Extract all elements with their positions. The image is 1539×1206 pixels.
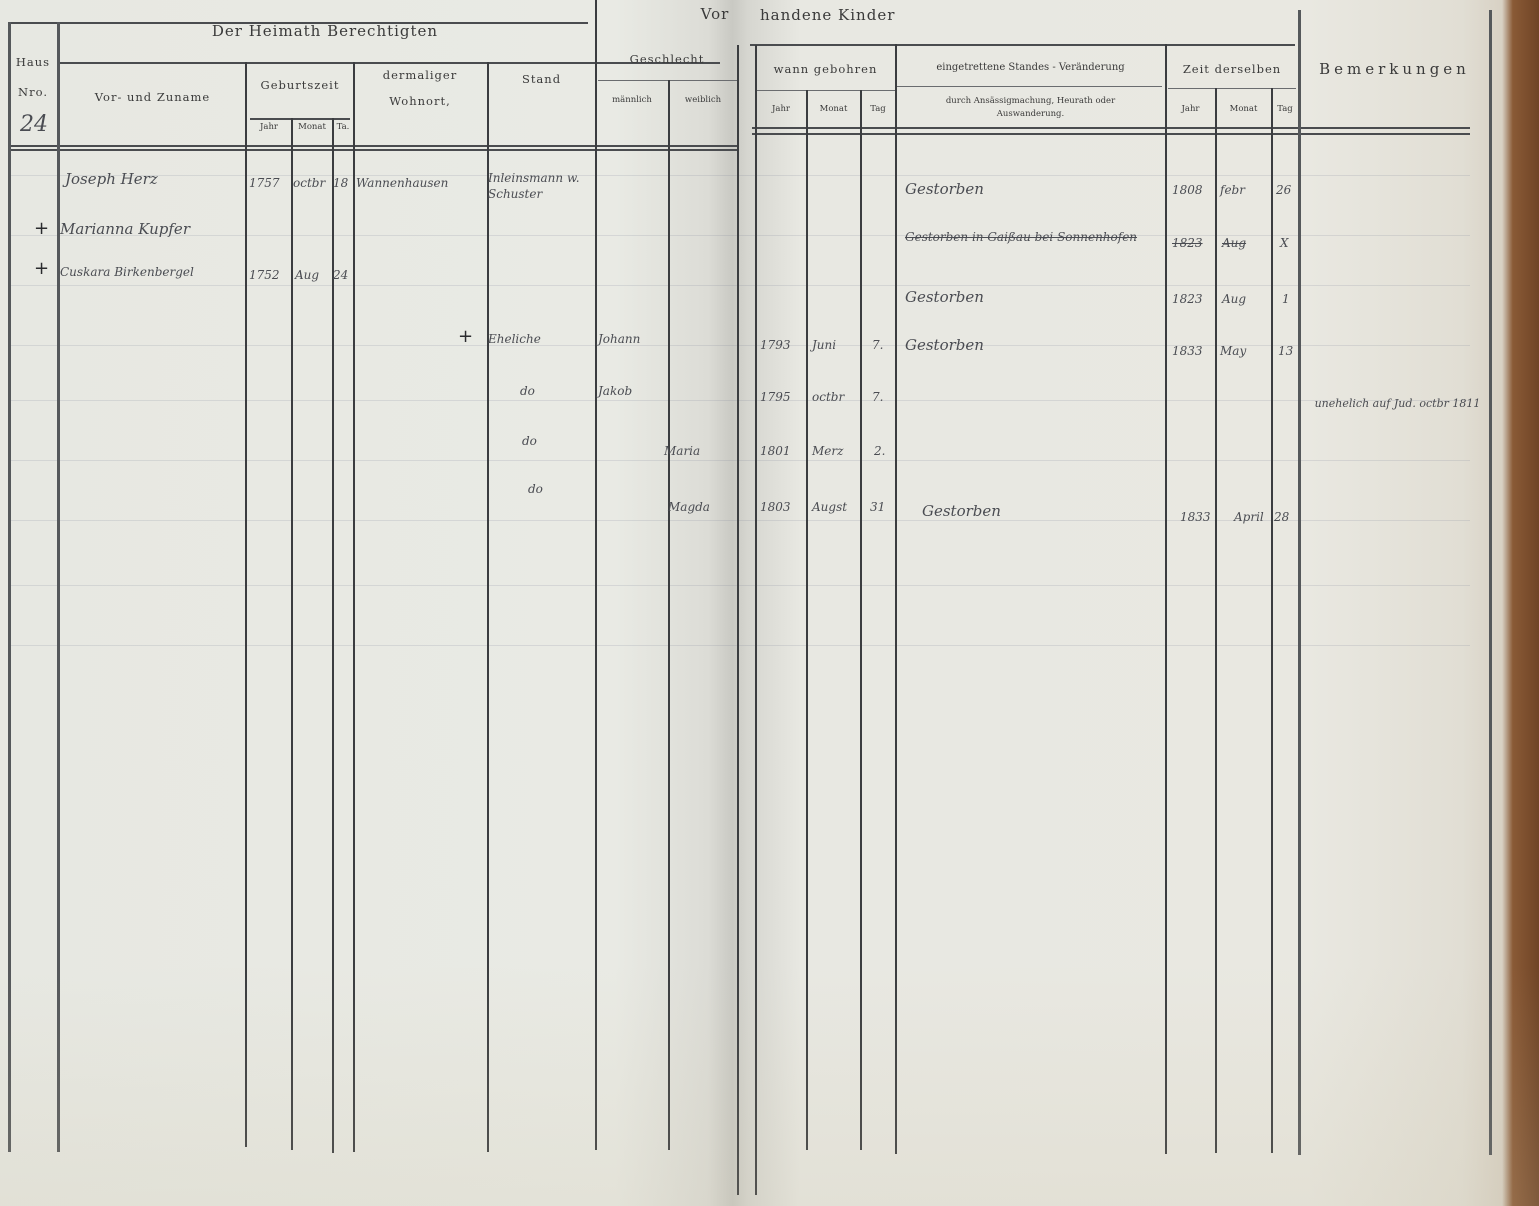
child-name-male: Jakob [598,384,632,398]
ruling-line [10,285,1470,286]
name-header: Vor- und Zuname [60,90,245,104]
child-birth-day: 2. [874,444,885,458]
column-line [755,45,757,1195]
ruling-line [10,175,1470,176]
page-title: Der Heimath Berechtigten [160,22,490,40]
child-event-year: 1833 [1172,344,1203,358]
status-header: Stand [489,72,594,86]
column-line [595,0,597,1150]
haus-label: Haus [10,55,56,69]
header-bottom-rule [8,145,738,147]
child-event: Gestorben [922,502,1001,520]
column-line [8,22,11,1152]
column-line [860,90,862,1150]
child-name-female: Maria [664,444,700,458]
parent-birth-day: 24 [333,268,348,282]
paper-shading [0,0,1539,1206]
event-month-header: Monat [1217,104,1270,114]
child-status: Eheliche [488,332,541,346]
child-birth-month: Merz [812,444,843,458]
parent-name: Cuskara Birkenbergel [60,265,194,279]
child-status-ditto: do [522,434,537,448]
column-line [245,62,247,1147]
column-line [1215,88,1217,1153]
parent-birth-month: octbr [293,176,325,190]
house-number: 24 [20,112,48,137]
child-remark: unehelich auf Jud. octbr 1811 [1310,396,1485,412]
child-birth-year: 1795 [760,390,791,404]
ruling-line [10,645,1470,646]
column-line [1271,88,1273,1153]
birth-year-header: Jahr [248,122,290,132]
ruling-line [10,400,1470,401]
male-header: männlich [597,95,667,105]
nro-label: Nro. [10,85,56,99]
child-birth-month: Juni [812,338,836,352]
child-event-month: May [1220,344,1246,358]
born-header: wann gebohren [757,62,894,76]
parent-birth-year: 1752 [249,268,280,282]
event-day-header: Tag [1273,104,1297,114]
column-line [737,45,739,1195]
child-birth-month: octbr [812,390,844,404]
parent-event-day-struck: X [1280,236,1289,250]
parent-birth-day: 18 [333,176,348,190]
child-birth-day: 7. [872,338,883,352]
event-time-header: Zeit derselben [1167,62,1297,76]
parent-event-year: 1808 [1172,183,1203,197]
child-name-female: Magda [668,500,710,514]
open-register-book: Der Heimath Berechtigten Haus Nro. 24 Vo… [0,0,1539,1206]
column-line [487,62,489,1152]
child-birth-day: 7. [872,390,883,404]
remarks-header: Bemerkungen [1302,60,1487,78]
parent-event: Gestorben [905,288,984,306]
deceased-cross-icon: + [34,218,49,239]
ruling-line [10,235,1470,236]
child-birth-year: 1801 [760,444,791,458]
parent-event-day: 26 [1276,183,1291,197]
deceased-cross-icon: + [34,258,49,279]
parent-name: Marianna Kupfer [60,220,190,238]
child-year-header: Jahr [757,104,805,114]
child-birth-day: 31 [870,500,885,514]
parent-event-month-struck: Aug [1222,236,1246,250]
ruling-line [10,460,1470,461]
sex-header: Geschlecht [597,52,737,66]
status-change-header: eingetrettene Standes - Veränderung [897,62,1164,73]
event-year-header: Jahr [1167,104,1214,114]
header-rule [1168,88,1296,89]
child-name-male: Johann [598,332,640,346]
column-line [291,118,293,1150]
status-change-sub1: durch Ansässigmachung, Heurath oder [897,96,1164,106]
child-month-header: Monat [808,104,859,114]
child-status-ditto: do [520,384,535,398]
header-rule [250,118,350,120]
header-rule [750,44,1295,46]
header-rule [897,86,1162,87]
status-change-sub2: Auswanderung. [897,109,1164,119]
child-event-day: 28 [1274,510,1289,524]
header-bottom-rule [8,149,738,151]
ruling-line [10,585,1470,586]
deceased-cross-icon: + [458,326,473,347]
column-line [668,80,670,1150]
parent-name: Joseph Herz [65,170,158,188]
parent-birth-month: Aug [295,268,319,282]
column-line [353,62,355,1152]
child-day-header: Tag [862,104,894,114]
child-birth-month: Augst [812,500,847,514]
spread-title-left: Vor [690,5,740,23]
parent-status: Inleinsmann w. Schuster [488,170,593,202]
child-event-year: 1833 [1180,510,1211,524]
column-line [895,44,897,1154]
child-event: Gestorben [905,336,984,354]
column-line [1165,44,1167,1154]
spread-title-right: handene Kinder [760,6,910,24]
parent-event-month: febr [1220,183,1245,197]
column-line [1489,10,1492,1155]
column-line [57,22,60,1152]
parent-event-month: Aug [1222,292,1246,306]
parent-event-struck: Gestorben in Gaißau bei Sonnenhofen [905,230,1137,244]
child-event-month: April [1234,510,1264,524]
birth-month-header: Monat [293,122,331,132]
parent-event-year-struck: 1823 [1172,236,1203,250]
header-rule [755,90,895,91]
column-line [1298,10,1301,1155]
parent-event: Gestorben [905,180,984,198]
ruling-line [10,345,1470,346]
residence-header-line2: Wohnort, [355,94,485,108]
parent-event-day: 1 [1282,292,1290,306]
parent-event-year: 1823 [1172,292,1203,306]
child-status-ditto: do [528,482,543,496]
child-event-day: 13 [1278,344,1293,358]
parent-birth-year: 1757 [249,176,280,190]
residence-header-line1: dermaliger [355,68,485,82]
female-header: weiblich [670,95,736,105]
birth-time-header: Geburtszeit [248,78,352,92]
child-birth-year: 1803 [760,500,791,514]
parent-residence: Wannenhausen [356,176,448,190]
child-birth-year: 1793 [760,338,791,352]
column-line [806,90,808,1150]
birth-day-header: Ta. [334,122,352,132]
